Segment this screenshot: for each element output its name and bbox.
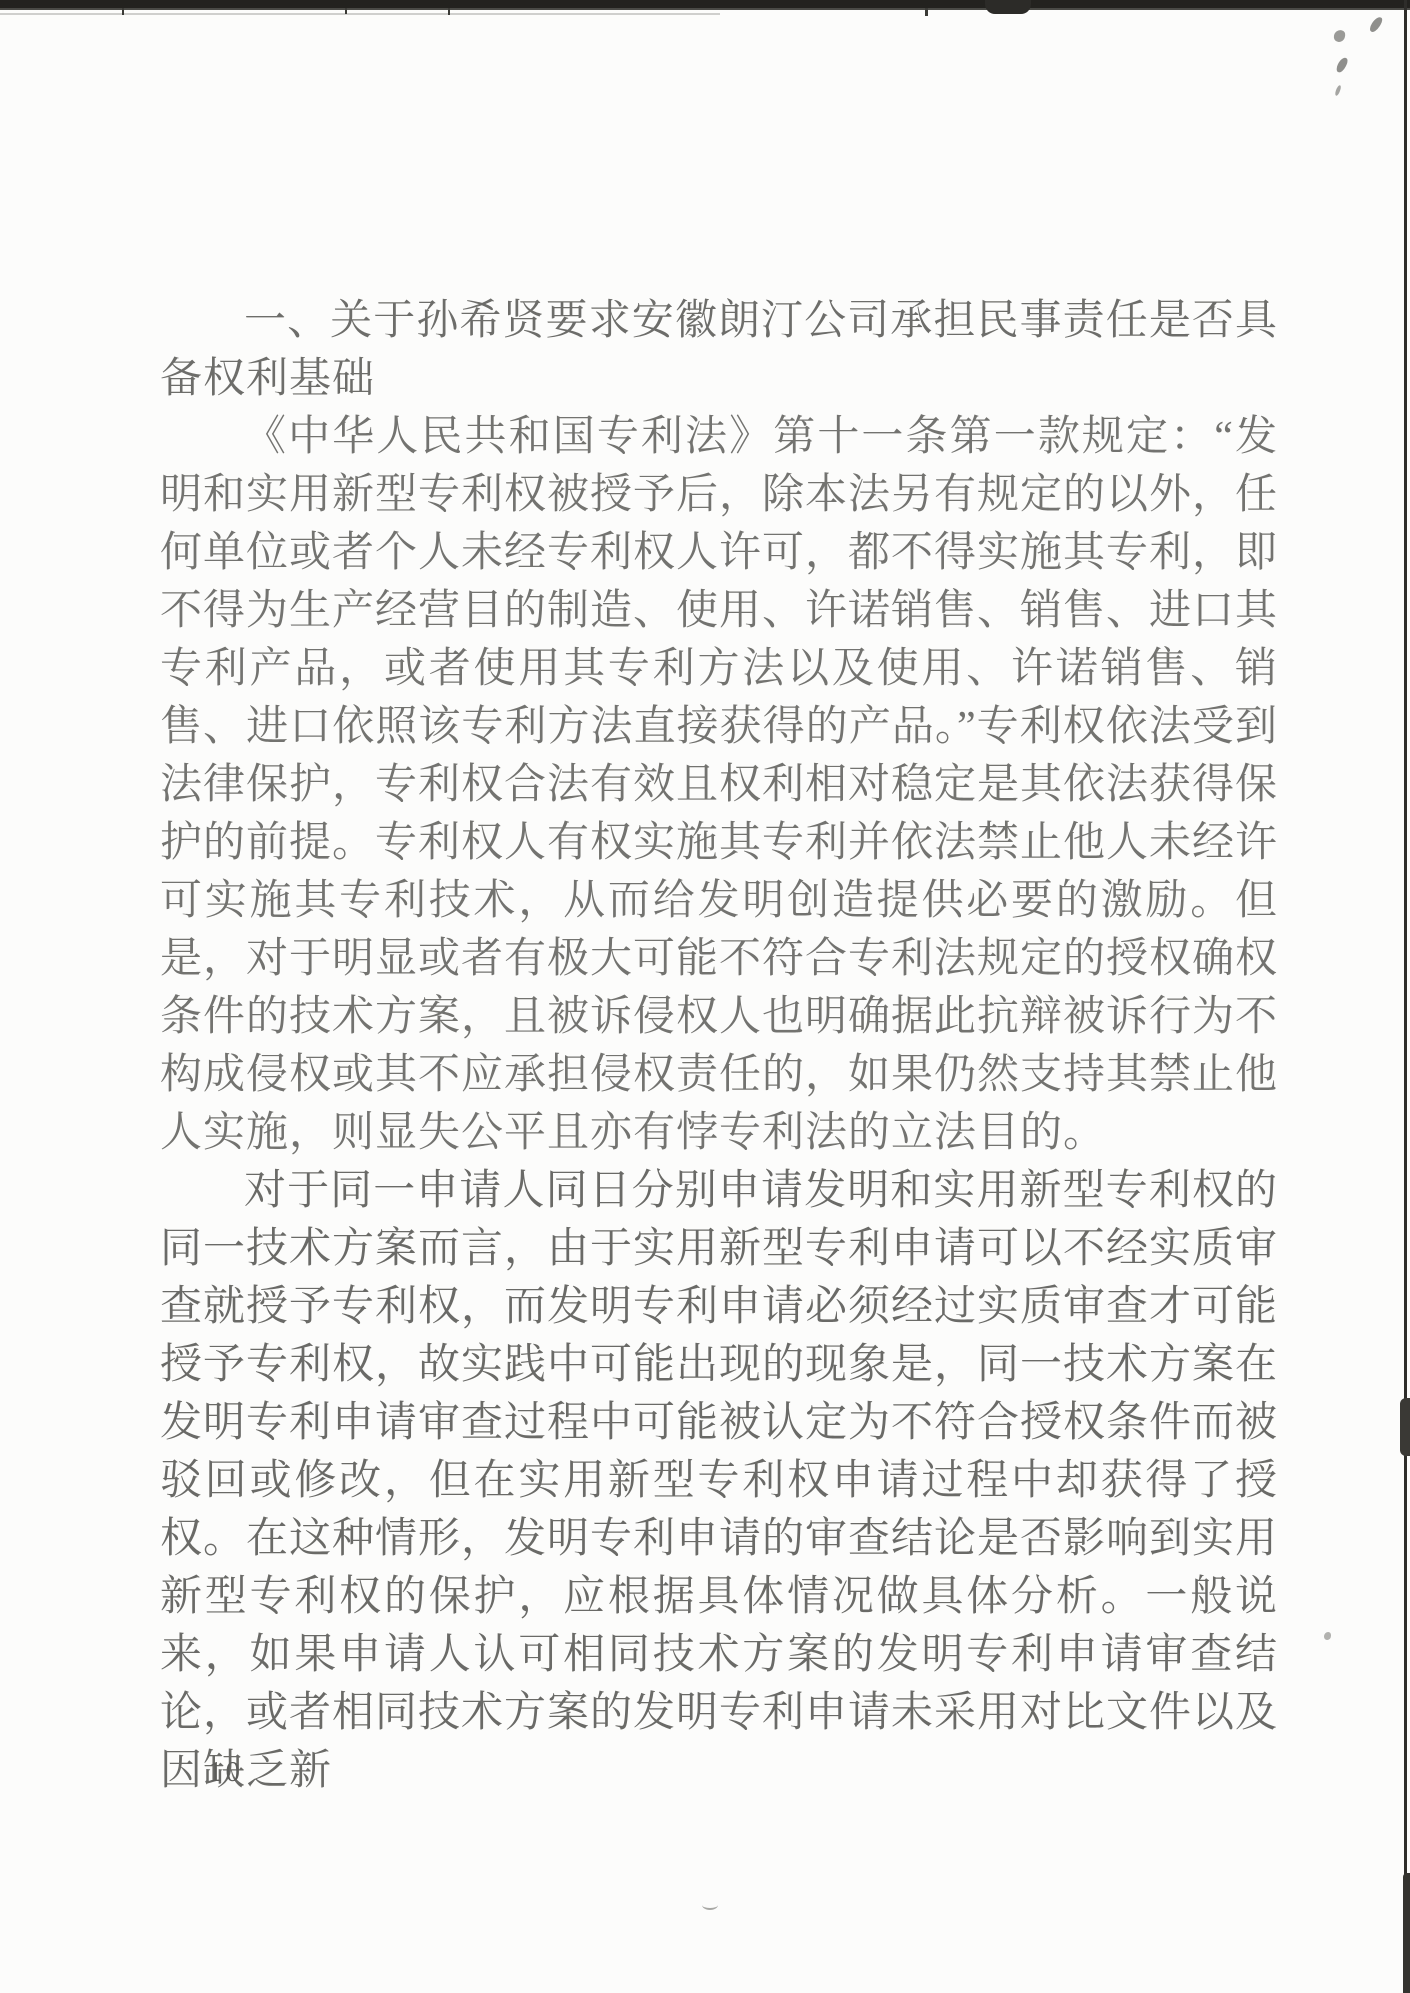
- ink-speck: [1334, 85, 1341, 97]
- body-paragraph: 对于同一申请人同日分别申请发明和实用新型专利权的同一技术方案而言，由于实用新型专…: [160, 1162, 1278, 1800]
- pencil-check-mark: [702, 1900, 718, 1910]
- scanned-document-page: 一、关于孙希贤要求安徽朗汀公司承担民事责任是否具备权利基础 《中华人民共和国专利…: [0, 0, 1410, 1993]
- scan-edge-tick: [925, 8, 928, 16]
- scan-edge-right-thick: [1403, 1873, 1410, 1993]
- page-number: 10: [208, 1756, 243, 1789]
- body-paragraph: 《中华人民共和国专利法》第十一条第一款规定：“发明和实用新型专利权被授予后，除本…: [160, 408, 1278, 1162]
- document-body: 一、关于孙希贤要求安徽朗汀公司承担民事责任是否具备权利基础 《中华人民共和国专利…: [160, 292, 1278, 1800]
- section-heading: 一、关于孙希贤要求安徽朗汀公司承担民事责任是否具备权利基础: [160, 292, 1278, 408]
- ink-speck: [1335, 56, 1349, 74]
- scan-edge-bump: [985, 0, 1031, 14]
- scan-edge-right: [1404, 0, 1407, 1993]
- scan-edge-tick: [345, 8, 347, 14]
- scan-edge-tick: [122, 8, 124, 15]
- scan-edge-top: [0, 0, 1410, 10]
- ink-speck: [1324, 1632, 1331, 1640]
- scan-edge-blob: [1400, 1398, 1410, 1456]
- scan-edge-tick: [448, 8, 450, 15]
- ink-speck: [1368, 15, 1384, 34]
- scan-edge-top-shadow: [0, 13, 720, 15]
- ink-speck: [1333, 29, 1346, 43]
